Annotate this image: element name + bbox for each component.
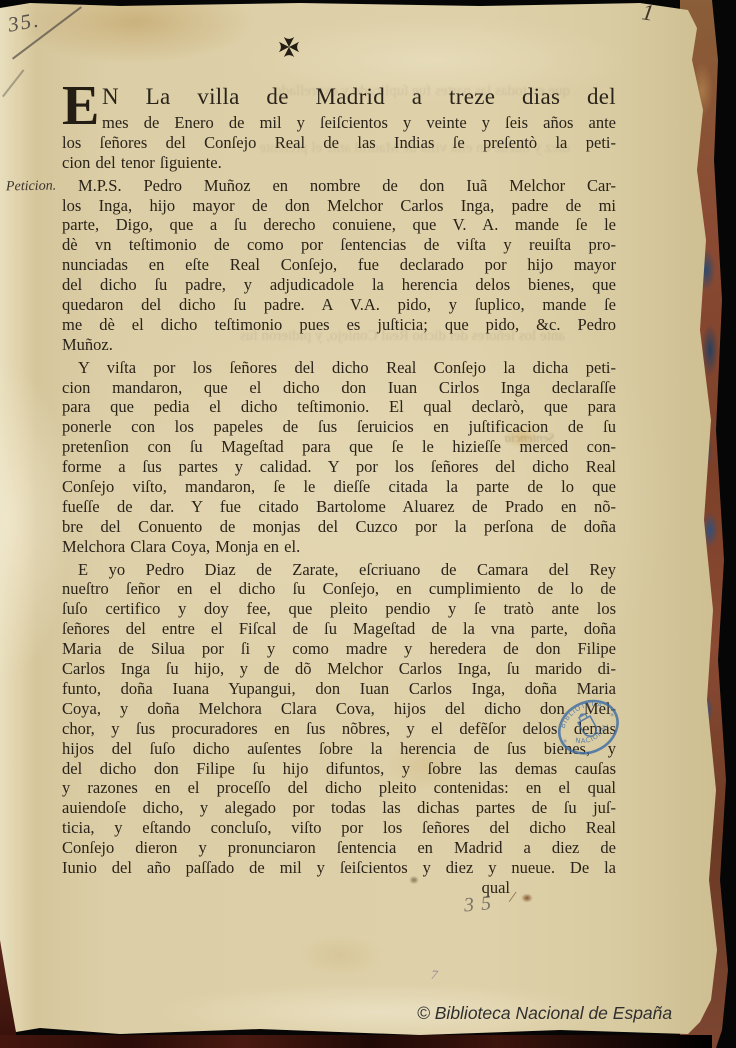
text-line: me dè el dicho teſtimonio pues es juſtic… [62,315,616,335]
text-line: mes de Enero de mil y ſeiſcientos y vein… [102,113,616,133]
text-line: bre del Conuento de monjas del Cuzco por… [62,517,616,537]
heading-line: N La villa de Madrid a treze dias del [102,84,616,113]
text-line: Carlos Inga ſu hijo, y de dõ Melchor Car… [62,659,616,679]
notary-certification-paragraph: E yo Pedro Diaz de Zarate, eſcriuano de … [62,560,616,878]
text-line: funto, doña Iuana Yupangui, don Iuan Car… [62,679,616,699]
text-line: dè vn teſtimonio de como por ſentencias … [62,235,616,255]
text-line: auiendoſe dicho, y alegado por todas las… [62,798,616,818]
text-line: M.P.S. Pedro Muñoz en nombre de don Iuã … [62,176,616,196]
text-line: Iunio del año paſſado de mil y ſeiſcient… [62,858,616,878]
margin-note-peticion: Peticion. [6,179,56,196]
text-line: cion del tenor ſiguiente. [62,153,616,173]
scanned-document-photo: que en todas las partes fue ſuplicado y … [0,0,736,1048]
heading-lines: mes de Enero de mil y ſeiſcientos y vein… [62,113,616,173]
text-line: Coya, y doña Melchora Clara Cova, hijos … [62,699,616,719]
text-line: Conſejo dieron y pronunciaron ſentencia … [62,838,616,858]
text-line: Maria de Silua por ſi y como madre y her… [62,639,616,659]
text-line: del dicho ſu padre, y adjudicadole la he… [62,275,616,295]
handwritten-folio-number-top-right: 1 [640,0,655,27]
text-line: nueſtro ſeñor en el dicho ſu Conſejo, en… [62,579,616,599]
text-line: hijos del ſuſo dicho auſentes ſobre la h… [62,739,616,759]
text-line: los Inga, hijo mayor de don Melchor Carl… [62,196,616,216]
text-line: fueſſe de dar. Y fue citado Bartolome Al… [62,497,616,517]
text-line: Muñoz. [62,335,616,355]
text-line: ſeñores del entre el Fiſcal de ſu Mageſt… [62,619,616,639]
small-purple-mark: 7 [430,967,438,984]
binding-edge-bottom [0,1035,712,1048]
text-line: los ſeñores del Conſejo Real de las Indi… [62,133,616,153]
text-line: ſuſo certifico y doy fee, que pleito pen… [62,599,616,619]
text-line: ponerle con los papeles de ſus ſeruicios… [62,417,616,437]
text-line: cion mandaron, que el dicho don Iuan Cir… [62,378,616,398]
text-line: del dicho don Filipe ſu hijo difuntos, y… [62,759,616,779]
catchword: qual [62,878,616,898]
text-line: chor, y ſus procuradores en ſus nõbres, … [62,719,616,739]
text-line: quedaron del dicho ſu padre. A V.A. pido… [62,295,616,315]
handwritten-slash-mark [2,69,25,97]
text-line: forme a ſus partes y calidad. Y por los … [62,457,616,477]
handwritten-folio-number-top-left: 35. [6,7,42,37]
council-response-paragraph: Y viſta por los ſeñores del dicho Real C… [62,358,616,557]
copyright-notice: © Biblioteca Nacional de España [417,1003,672,1024]
text-line: Y viſta por los ſeñores del dicho Real C… [62,358,616,378]
petition-paragraph: M.P.S. Pedro Muñoz en nombre de don Iuã … [62,176,616,355]
drop-cap-initial: E [62,84,102,130]
text-line: E yo Pedro Diaz de Zarate, eſcriuano de … [62,560,616,580]
text-line: para que pedia el dicho teſtimonio. El q… [62,397,616,417]
document-page: que en todas las partes fue ſuplicado y … [0,0,736,1048]
text-line: pretenſion con ſu Mageſtad para que ſe l… [62,437,616,457]
printed-text-block: E N La villa de Madrid a treze dias del … [62,84,616,898]
text-line: parte, Digo, que a ſu derecho conuiene, … [62,215,616,235]
text-line: nunciadas en eſte Real Conſejo, fue decl… [62,255,616,275]
maltese-cross-ornament-icon [276,33,302,61]
opening-paragraph: E N La villa de Madrid a treze dias del … [62,84,616,173]
text-line: ticia, y eſtando concluſo, viſto por los… [62,818,616,838]
text-line: y razones en el proceſſo del dicho pleit… [62,778,616,798]
text-line: Conſejo viſto, mandaron, ſe le dieſſe ci… [62,477,616,497]
text-line: Melchora Clara Coya, Monja en el. [62,537,616,557]
